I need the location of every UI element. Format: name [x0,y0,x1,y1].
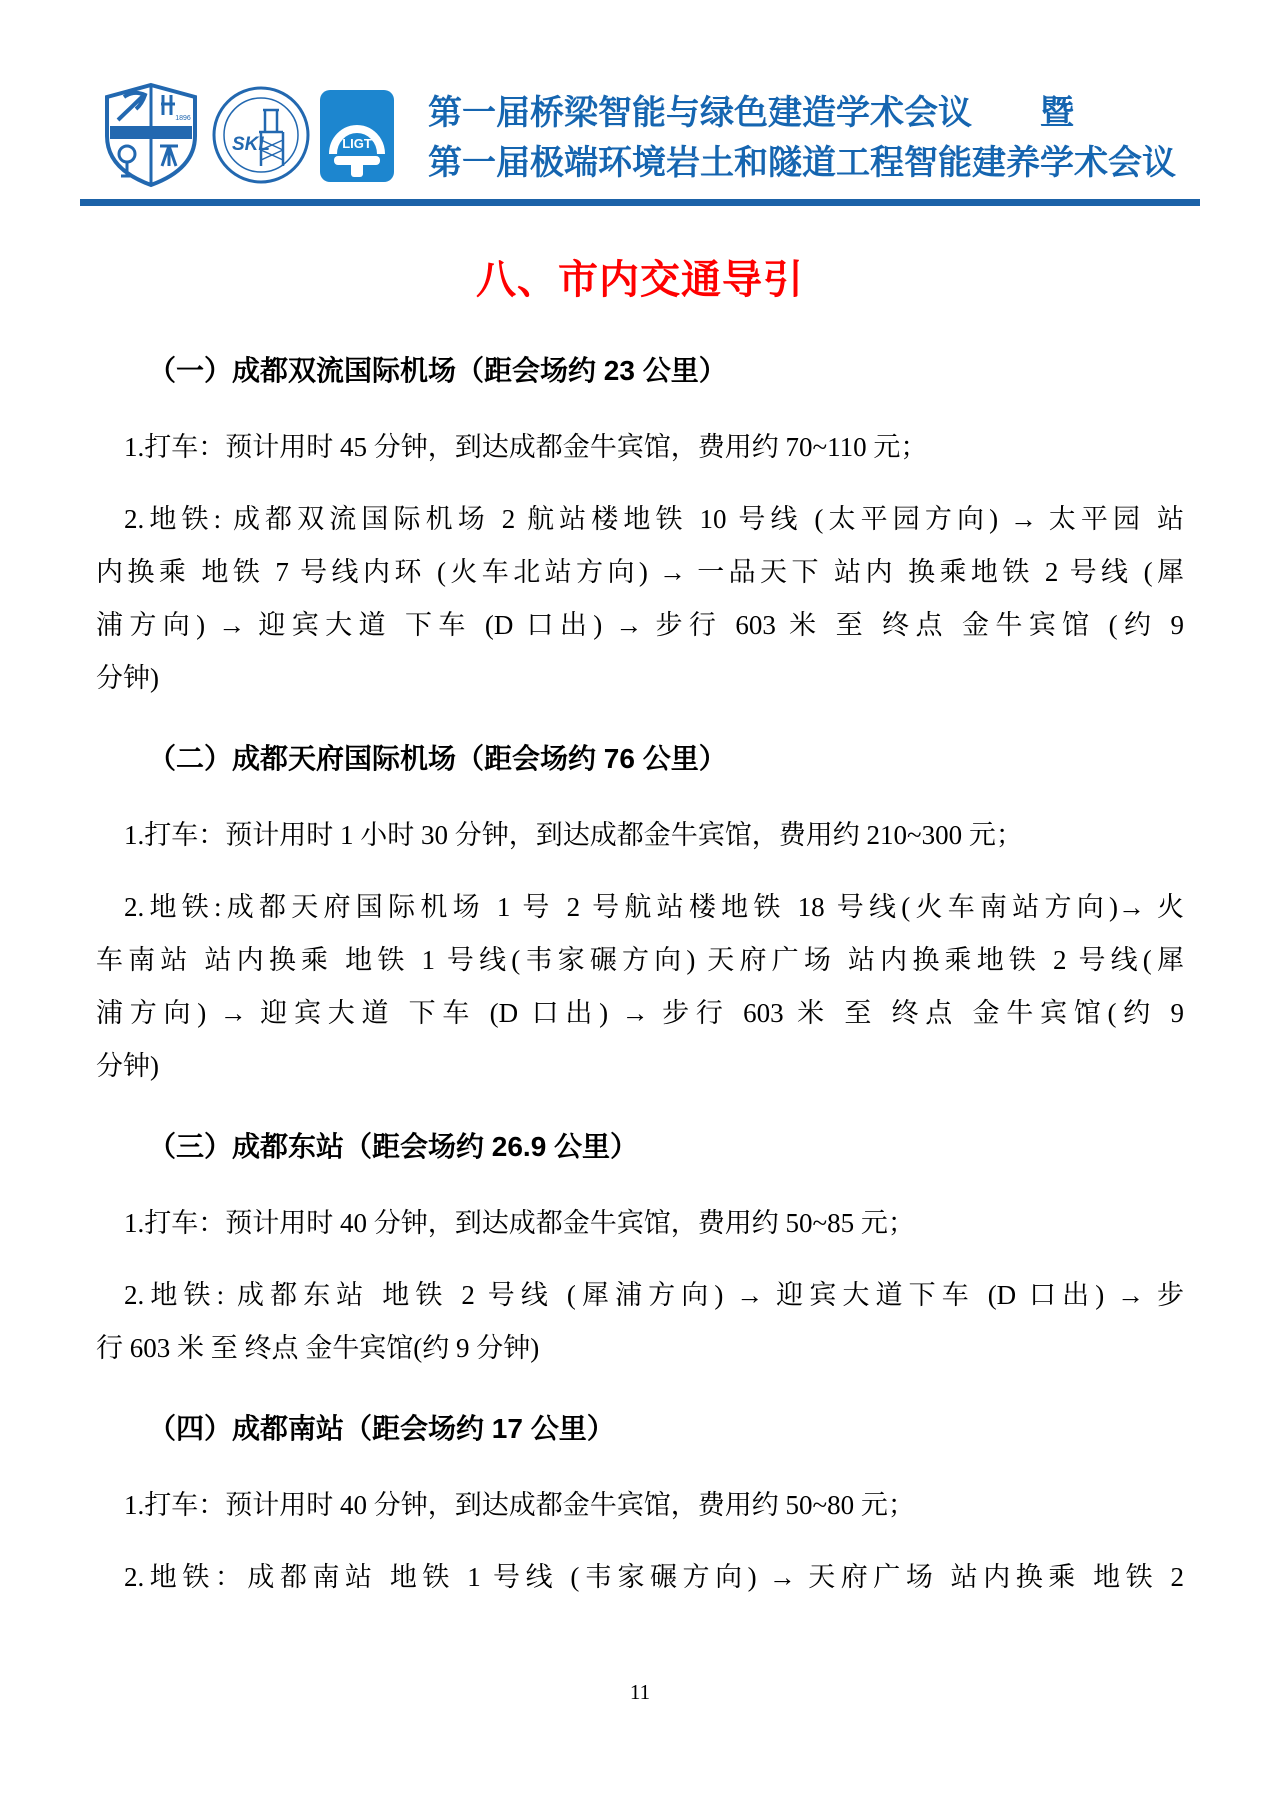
paragraph-taxi: 1.打车：预计用时 40 分钟，到达成都金牛宾馆，费用约 50~80 元； [96,1479,1184,1532]
paragraph-line: 分钟) [96,652,1184,705]
page-number: 11 [0,1678,1280,1706]
paragraph-line: 2.地铁：成都南站 地铁 1 号线 (韦家碾方向) → 天府广场 站内换乘 地铁… [96,1551,1184,1604]
paragraph-line: 1.打车：预计用时 40 分钟，到达成都金牛宾馆，费用约 50~85 元； [96,1197,1184,1250]
paragraph-line: 行 603 米 至 终点 金牛宾馆(约 9 分钟) [96,1322,1184,1375]
ligt-label: LIGT [342,136,372,151]
logo-row: 1896 SKL LIGT [100,82,394,188]
paragraph-line: 1.打车：预计用时 45 分钟，到达成都金牛宾馆，费用约 70~110 元； [96,421,1184,474]
section-heading-tianfu-airport: （二）成都天府国际机场（距会场约 76 公里） [96,732,1184,785]
header-divider [80,199,1200,206]
paragraph-taxi: 1.打车：预计用时 45 分钟，到达成都金牛宾馆，费用约 70~110 元； [96,421,1184,474]
section-heading-east-station: （三）成都东站（距会场约 26.9 公里） [96,1120,1184,1173]
paragraph-line: 2.地铁: 成都东站 地铁 2 号线 (犀浦方向) → 迎宾大道下车 (D 口出… [96,1269,1184,1322]
conference-title-line2: 第一届极端环境岩土和隧道工程智能建养学术会议 [428,138,1176,188]
skl-label: SKL [232,134,270,155]
section-heading-south-station: （四）成都南站（距会场约 17 公里） [96,1402,1184,1455]
paragraph-line: 车南站 站内换乘 地铁 1 号线(韦家碾方向) 天府广场 站内换乘地铁 2 号线… [96,934,1184,987]
conference-header: 1896 SKL LIGT 第一届桥梁智 [100,82,1176,188]
skl-lab-seal-logo-icon: SKL [211,82,311,188]
document-page: 1896 SKL LIGT 第一届桥梁智 [0,0,1280,1810]
paragraph-line: 分钟) [96,1040,1184,1093]
paragraph-line: 1.打车：预计用时 1 小时 30 分钟，到达成都金牛宾馆，费用约 210~30… [96,809,1184,862]
paragraph-metro: 2.地铁:成都天府国际机场 1 号 2 号航站楼地铁 18 号线(火车南站方向)… [96,881,1184,1093]
paragraph-line: 2.地铁:成都天府国际机场 1 号 2 号航站楼地铁 18 号线(火车南站方向)… [96,881,1184,934]
paragraph-line: 内换乘 地铁 7 号线内环 (火车北站方向) → 一品天下 站内 换乘地铁 2 … [96,546,1184,599]
shield-year-label: 1896 [175,115,191,122]
paragraph-metro: 2.地铁：成都南站 地铁 1 号线 (韦家碾方向) → 天府广场 站内换乘 地铁… [96,1551,1184,1604]
content-area: （一）成都双流国际机场（距会场约 23 公里） 1.打车：预计用时 45 分钟，… [96,344,1184,1604]
paragraph-metro: 2.地铁: 成都双流国际机场 2 航站楼地铁 10 号线 (太平园方向) → 太… [96,493,1184,705]
ligt-logo-icon: LIGT [320,90,394,182]
paragraph-line: 浦方向) → 迎宾大道 下车 (D 口出) → 步行 603 米 至 终点 金牛… [96,599,1184,652]
paragraph-line: 浦方向) → 迎宾大道 下车 (D 口出) → 步行 603 米 至 终点 金牛… [96,987,1184,1040]
conference-titles: 第一届桥梁智能与绿色建造学术会议 暨 第一届极端环境岩土和隧道工程智能建养学术会… [428,82,1176,188]
university-shield-logo-icon: 1896 [100,82,202,188]
paragraph-metro: 2.地铁: 成都东站 地铁 2 号线 (犀浦方向) → 迎宾大道下车 (D 口出… [96,1269,1184,1375]
section-heading-shuangliu-airport: （一）成都双流国际机场（距会场约 23 公里） [96,344,1184,397]
paragraph-taxi: 1.打车：预计用时 1 小时 30 分钟，到达成都金牛宾馆，费用约 210~30… [96,809,1184,862]
paragraph-line: 2.地铁: 成都双流国际机场 2 航站楼地铁 10 号线 (太平园方向) → 太… [96,493,1184,546]
conference-title-line1: 第一届桥梁智能与绿色建造学术会议 暨 [428,88,1176,138]
page-title: 八、市内交通导引 [0,256,1280,304]
paragraph-line: 1.打车：预计用时 40 分钟，到达成都金牛宾馆，费用约 50~80 元； [96,1479,1184,1532]
paragraph-taxi: 1.打车：预计用时 40 分钟，到达成都金牛宾馆，费用约 50~85 元； [96,1197,1184,1250]
